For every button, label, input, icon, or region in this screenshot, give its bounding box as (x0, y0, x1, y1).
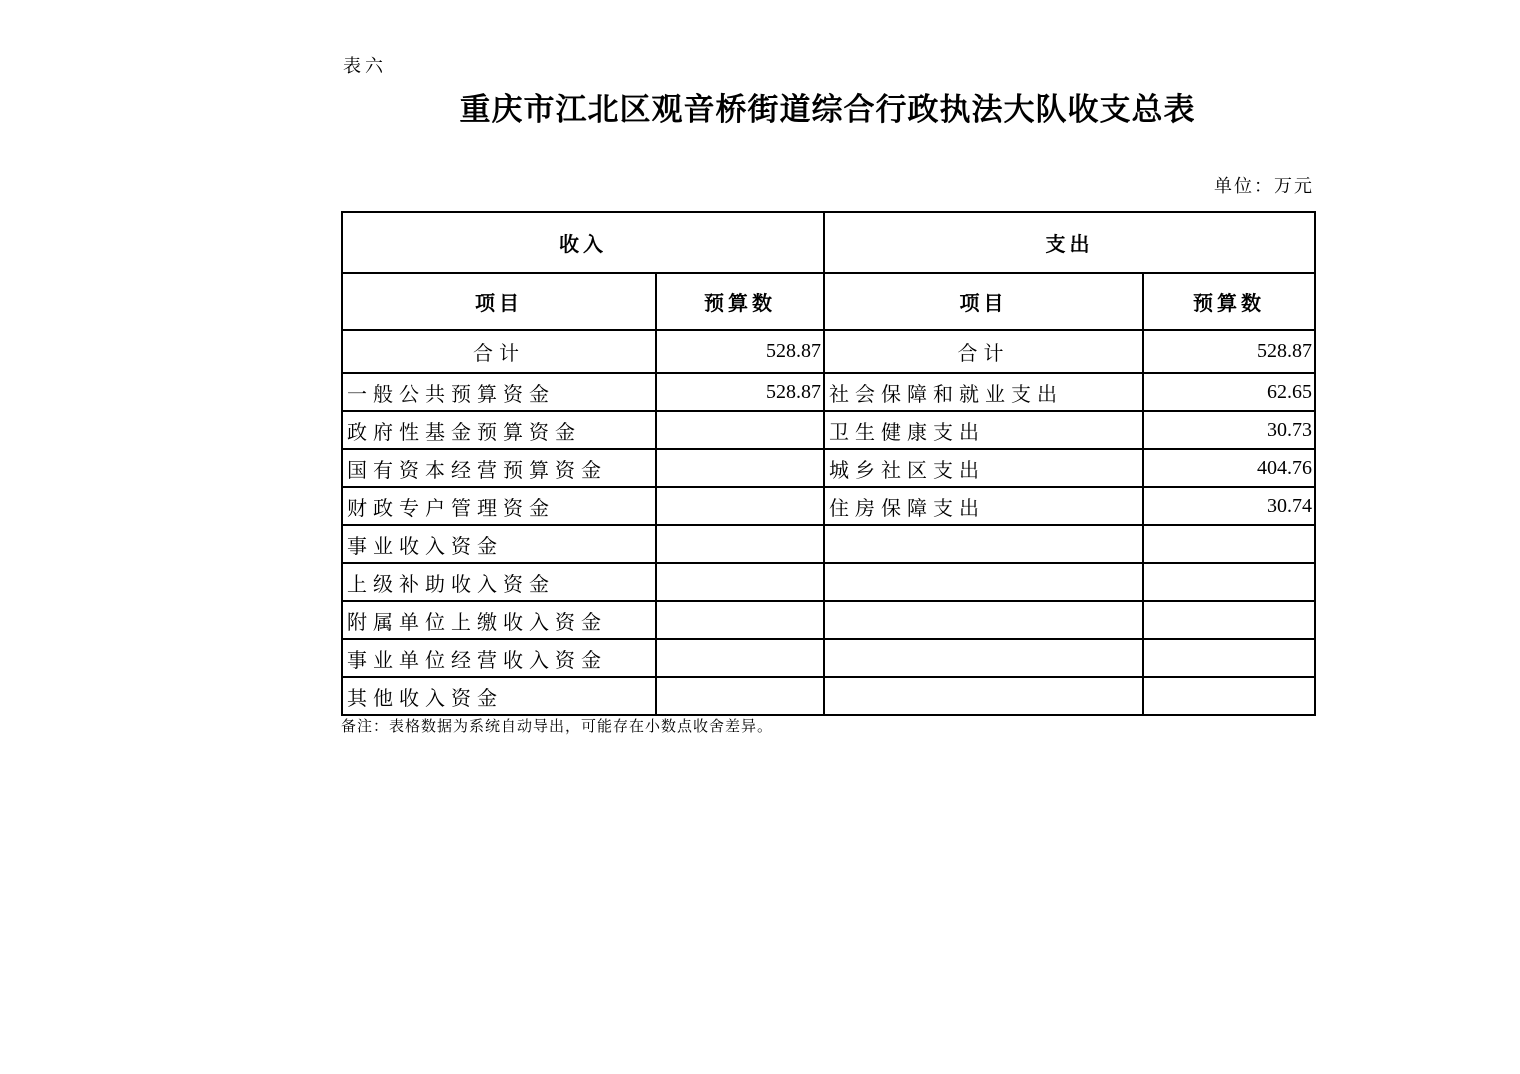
expense-item-cell (824, 677, 1143, 715)
expense-budget-cell: 62.65 (1143, 373, 1315, 411)
income-budget-cell: 528.87 (656, 373, 824, 411)
section-header-row: 收入 支出 (342, 212, 1315, 273)
income-budget-column-header: 预算数 (656, 273, 824, 330)
table-number-label: 表六 (343, 52, 387, 78)
unit-label: 单位：万元 (341, 172, 1314, 198)
expense-budget-cell (1143, 639, 1315, 677)
income-item-cell: 其他收入资金 (342, 677, 656, 715)
expense-item-cell: 城乡社区支出 (824, 449, 1143, 487)
expense-budget-cell (1143, 525, 1315, 563)
expense-budget-cell (1143, 563, 1315, 601)
expense-budget-cell (1143, 677, 1315, 715)
expense-item-cell (824, 563, 1143, 601)
page-title: 重庆市江北区观音桥街道综合行政执法大队收支总表 (341, 84, 1314, 129)
income-item-cell: 上级补助收入资金 (342, 563, 656, 601)
income-item-cell: 政府性基金预算资金 (342, 411, 656, 449)
column-header-row: 项目 预算数 项目 预算数 (342, 273, 1315, 330)
table-row: 事业收入资金 (342, 525, 1315, 563)
income-budget-cell (656, 563, 824, 601)
expense-item-column-header: 项目 (824, 273, 1143, 330)
expense-budget-cell (1143, 601, 1315, 639)
income-budget-cell: 528.87 (656, 330, 824, 373)
table-row: 其他收入资金 (342, 677, 1315, 715)
expense-budget-cell: 528.87 (1143, 330, 1315, 373)
income-item-cell: 财政专户管理资金 (342, 487, 656, 525)
table-row: 一般公共预算资金 528.87 社会保障和就业支出 62.65 (342, 373, 1315, 411)
expense-item-cell: 合计 (824, 330, 1143, 373)
income-budget-cell (656, 639, 824, 677)
income-budget-cell (656, 449, 824, 487)
income-expense-summary-table: 收入 支出 项目 预算数 项目 预算数 合计 528.87 合计 528.87 … (341, 211, 1316, 716)
expense-budget-cell: 30.74 (1143, 487, 1315, 525)
table-row-total: 合计 528.87 合计 528.87 (342, 330, 1315, 373)
table-row: 政府性基金预算资金 卫生健康支出 30.73 (342, 411, 1315, 449)
income-budget-cell (656, 677, 824, 715)
expense-budget-cell: 30.73 (1143, 411, 1315, 449)
expense-budget-column-header: 预算数 (1143, 273, 1315, 330)
footnote: 备注：表格数据为系统自动导出，可能存在小数点收舍差异。 (341, 715, 773, 736)
expense-item-cell (824, 639, 1143, 677)
income-item-column-header: 项目 (342, 273, 656, 330)
table-row: 财政专户管理资金 住房保障支出 30.74 (342, 487, 1315, 525)
income-section-header: 收入 (342, 212, 824, 273)
income-budget-cell (656, 411, 824, 449)
income-budget-cell (656, 487, 824, 525)
document-page: 表六 重庆市江北区观音桥街道综合行政执法大队收支总表 单位：万元 收入 支出 项… (0, 0, 1520, 1074)
expense-item-cell: 卫生健康支出 (824, 411, 1143, 449)
expense-budget-cell: 404.76 (1143, 449, 1315, 487)
income-item-cell: 一般公共预算资金 (342, 373, 656, 411)
table-row: 事业单位经营收入资金 (342, 639, 1315, 677)
expense-item-cell: 住房保障支出 (824, 487, 1143, 525)
income-item-cell: 事业单位经营收入资金 (342, 639, 656, 677)
expense-item-cell (824, 601, 1143, 639)
expense-section-header: 支出 (824, 212, 1315, 273)
income-item-cell: 事业收入资金 (342, 525, 656, 563)
income-item-cell: 国有资本经营预算资金 (342, 449, 656, 487)
table-row: 国有资本经营预算资金 城乡社区支出 404.76 (342, 449, 1315, 487)
expense-item-cell (824, 525, 1143, 563)
income-budget-cell (656, 525, 824, 563)
income-budget-cell (656, 601, 824, 639)
income-item-cell: 合计 (342, 330, 656, 373)
table-row: 附属单位上缴收入资金 (342, 601, 1315, 639)
income-item-cell: 附属单位上缴收入资金 (342, 601, 656, 639)
table-row: 上级补助收入资金 (342, 563, 1315, 601)
expense-item-cell: 社会保障和就业支出 (824, 373, 1143, 411)
